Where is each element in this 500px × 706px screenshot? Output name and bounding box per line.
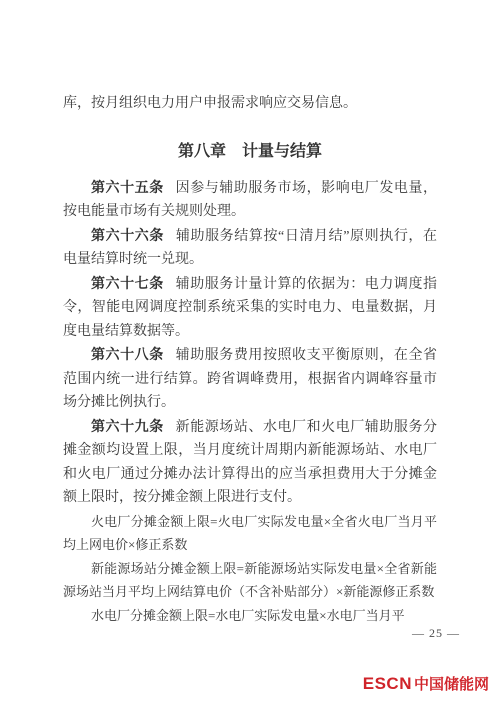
article-number: 第六十七条 bbox=[91, 275, 164, 291]
article-paragraph: 第六十七条辅助服务计量计算的依据为：电力调度指令，智能电网调度控制系统采集的实时… bbox=[63, 272, 437, 344]
articles-section: 第六十五条因参与辅助服务市场，影响电厂发电量，按电能量市场有关规则处理。第六十六… bbox=[63, 176, 437, 510]
article-number: 第六十八条 bbox=[91, 346, 164, 362]
formula-line: 水电厂分摊金额上限=水电厂实际发电量×水电厂当月平 bbox=[63, 604, 437, 628]
continuation-paragraph: 库，按月组织电力用户申报需求响应交易信息。 bbox=[63, 92, 437, 116]
content-area: 库，按月组织电力用户申报需求响应交易信息。 第八章 计量与结算 第六十五条因参与… bbox=[63, 92, 437, 627]
article-number: 第六十五条 bbox=[91, 179, 164, 195]
article-paragraph: 第六十五条因参与辅助服务市场，影响电厂发电量，按电能量市场有关规则处理。 bbox=[63, 176, 437, 224]
formulas-section: 火电厂分摊金额上限=火电厂实际发电量×全省火电厂当月平均上网电价×修正系数新能源… bbox=[63, 510, 437, 628]
article-paragraph: 第六十六条辅助服务结算按“日清月结”原则执行，在电量结算时统一兑现。 bbox=[63, 224, 437, 272]
article-paragraph: 第六十八条辅助服务费用按照收支平衡原则，在全省范围内统一进行结算。跨省调峰费用，… bbox=[63, 343, 437, 415]
formula-line: 新能源场站分摊金额上限=新能源场站实际发电量×全省新能源场站当月平均上网结算电价… bbox=[63, 557, 437, 604]
article-number: 第六十九条 bbox=[91, 418, 164, 434]
page-container: 库，按月组织电力用户申报需求响应交易信息。 第八章 计量与结算 第六十五条因参与… bbox=[0, 0, 500, 706]
page-number: — 25 — bbox=[412, 626, 460, 641]
article-number: 第六十六条 bbox=[91, 227, 164, 243]
article-paragraph: 第六十九条新能源场站、水电厂和火电厂辅助服务分摊金额均设置上限，当月度统计周期内… bbox=[63, 415, 437, 510]
formula-line: 火电厂分摊金额上限=火电厂实际发电量×全省火电厂当月平均上网电价×修正系数 bbox=[63, 510, 437, 557]
chapter-heading: 第八章 计量与结算 bbox=[63, 140, 437, 164]
logo-text-en: ESCN bbox=[363, 674, 412, 694]
escn-logo: ESCN 中国储能网 bbox=[363, 674, 489, 695]
logo-text-cn: 中国储能网 bbox=[414, 675, 489, 695]
